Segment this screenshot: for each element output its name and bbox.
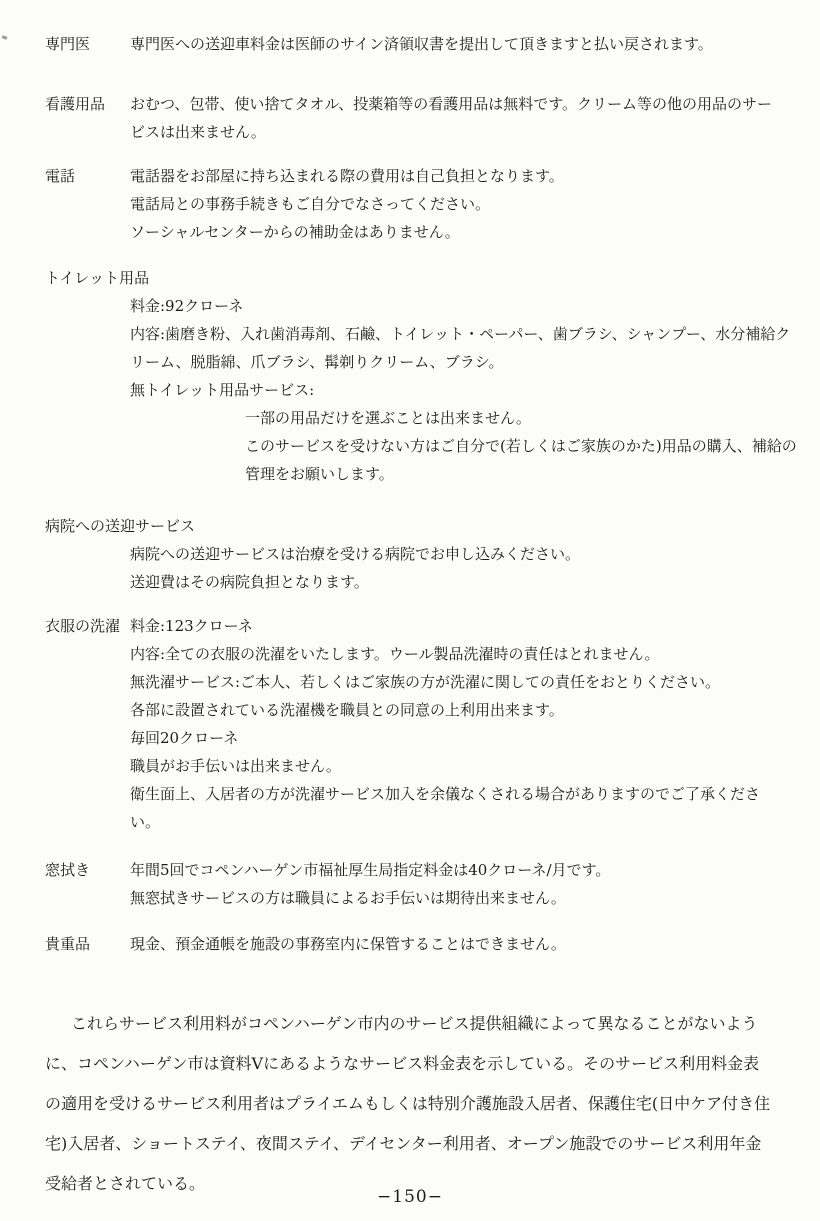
section-label: 病院への送迎サービス	[45, 512, 784, 540]
section-nursing-supplies: 看護用品 おむつ、包帯、使い捨てタオル、投薬箱等の看護用品は無料です。クリーム等…	[45, 90, 784, 146]
closing-paragraph: これらサービス利用料がコペンハーゲン市内のサービス提供組織によって異なることがな…	[45, 1004, 775, 1204]
text-line: 一部の用品だけを選ぶことは出来ません。	[130, 404, 802, 432]
section-content: 専門医への送迎車料金は医師のサイン済領収書を提出して頂きますと払い戻されます。	[130, 30, 784, 58]
section-label: 窓拭き	[45, 856, 130, 912]
section-label: 看護用品	[45, 90, 130, 146]
page-number: −150−	[0, 1187, 820, 1207]
text-line: 無窓拭きサービスの方は職員によるお手伝いは期待出来ません。	[130, 884, 784, 912]
section-content: 電話器をお部屋に持ち込まれる際の費用は自己負担となります。 電話局との事務手続き…	[130, 162, 784, 246]
text-line: 無洗濯サービス:ご本人、若しくはご家族の方が洗濯に関しての責任をおとりください。	[130, 668, 784, 696]
scanned-document-page: 専門医 専門医への送迎車料金は医師のサイン済領収書を提出して頂きますと払い戻され…	[0, 0, 820, 1221]
section-content: 病院への送迎サービスは治療を受ける病院でお申し込みください。 送迎費はその病院負…	[130, 540, 802, 596]
section-label: 衣服の洗濯	[45, 612, 130, 836]
text-line: 無トイレット用品サービス:	[130, 376, 802, 404]
section-content: 現金、預金通帳を施設の事務室内に保管することはできません。	[130, 930, 784, 958]
section-content: 料金:123クローネ 内容:全ての衣服の洗濯をいたします。ウール製品洗濯時の責任…	[130, 612, 784, 836]
document-body: 専門医 専門医への送迎車料金は医師のサイン済領収書を提出して頂きますと払い戻され…	[0, 0, 820, 1204]
section-label: 専門医	[45, 30, 130, 58]
text-line: 各部に設置されている洗濯機を職員との同意の上利用出来ます。	[130, 696, 784, 724]
section-telephone: 電話 電話器をお部屋に持ち込まれる際の費用は自己負担となります。 電話局との事務…	[45, 162, 784, 246]
section-content: おむつ、包帯、使い捨てタオル、投薬箱等の看護用品は無料です。クリーム等の他の用品…	[130, 90, 784, 146]
section-window-cleaning: 窓拭き 年間5回でコペンハーゲン市福祉厚生局指定料金は40クローネ/月です。 無…	[45, 856, 784, 912]
text-line: 料金:92クローネ	[130, 292, 802, 320]
text-line: 料金:123クローネ	[130, 612, 784, 640]
text-line: 電話器をお部屋に持ち込まれる際の費用は自己負担となります。	[130, 162, 784, 190]
section-label: 貴重品	[45, 930, 130, 958]
text-line: 衛生面上、入居者の方が洗濯サービス加入を余儀なくされる場合がありますのでご了承く…	[130, 780, 784, 836]
text-line: 電話局との事務手続きもご自分でなさってください。	[130, 190, 784, 218]
text-line: 現金、預金通帳を施設の事務室内に保管することはできません。	[130, 930, 784, 958]
section-label: 電話	[45, 162, 130, 246]
section-content: 料金:92クローネ 内容:歯磨き粉、入れ歯消毒剤、石鹼、トイレット・ペーパー、歯…	[130, 292, 802, 488]
text-line: おむつ、包帯、使い捨てタオル、投薬箱等の看護用品は無料です。クリーム等の他の用品…	[130, 90, 784, 146]
text-line: 専門医への送迎車料金は医師のサイン済領収書を提出して頂きますと払い戻されます。	[130, 30, 784, 58]
section-label: トイレット用品	[45, 264, 784, 292]
section-hospital-transport: 病院への送迎サービス 病院への送迎サービスは治療を受ける病院でお申し込みください…	[45, 512, 784, 596]
text-line: 送迎費はその病院負担となります。	[130, 568, 802, 596]
text-line: 職員がお手伝いは出来ません。	[130, 752, 784, 780]
text-line: 年間5回でコペンハーゲン市福祉厚生局指定料金は40クローネ/月です。	[130, 856, 784, 884]
section-content: 年間5回でコペンハーゲン市福祉厚生局指定料金は40クローネ/月です。 無窓拭きサ…	[130, 856, 784, 912]
section-specialist-doctor: 専門医 専門医への送迎車料金は医師のサイン済領収書を提出して頂きますと払い戻され…	[45, 30, 784, 58]
section-toiletries: トイレット用品 料金:92クローネ 内容:歯磨き粉、入れ歯消毒剤、石鹼、トイレッ…	[45, 264, 784, 488]
text-line: 毎回20クローネ	[130, 724, 784, 752]
text-line: 内容:歯磨き粉、入れ歯消毒剤、石鹼、トイレット・ペーパー、歯ブラシ、シャンプー、…	[130, 320, 802, 376]
text-line: 内容:全ての衣服の洗濯をいたします。ウール製品洗濯時の責任はとれません。	[130, 640, 784, 668]
text-line: このサービスを受けない方はご自分で(若しくはご家族のかた)用品の購入、補給の管理…	[130, 432, 802, 488]
text-line: 病院への送迎サービスは治療を受ける病院でお申し込みください。	[130, 540, 802, 568]
section-laundry: 衣服の洗濯 料金:123クローネ 内容:全ての衣服の洗濯をいたします。ウール製品…	[45, 612, 784, 836]
text-line: ソーシャルセンターからの補助金はありません。	[130, 218, 784, 246]
section-valuables: 貴重品 現金、預金通帳を施設の事務室内に保管することはできません。	[45, 930, 784, 958]
